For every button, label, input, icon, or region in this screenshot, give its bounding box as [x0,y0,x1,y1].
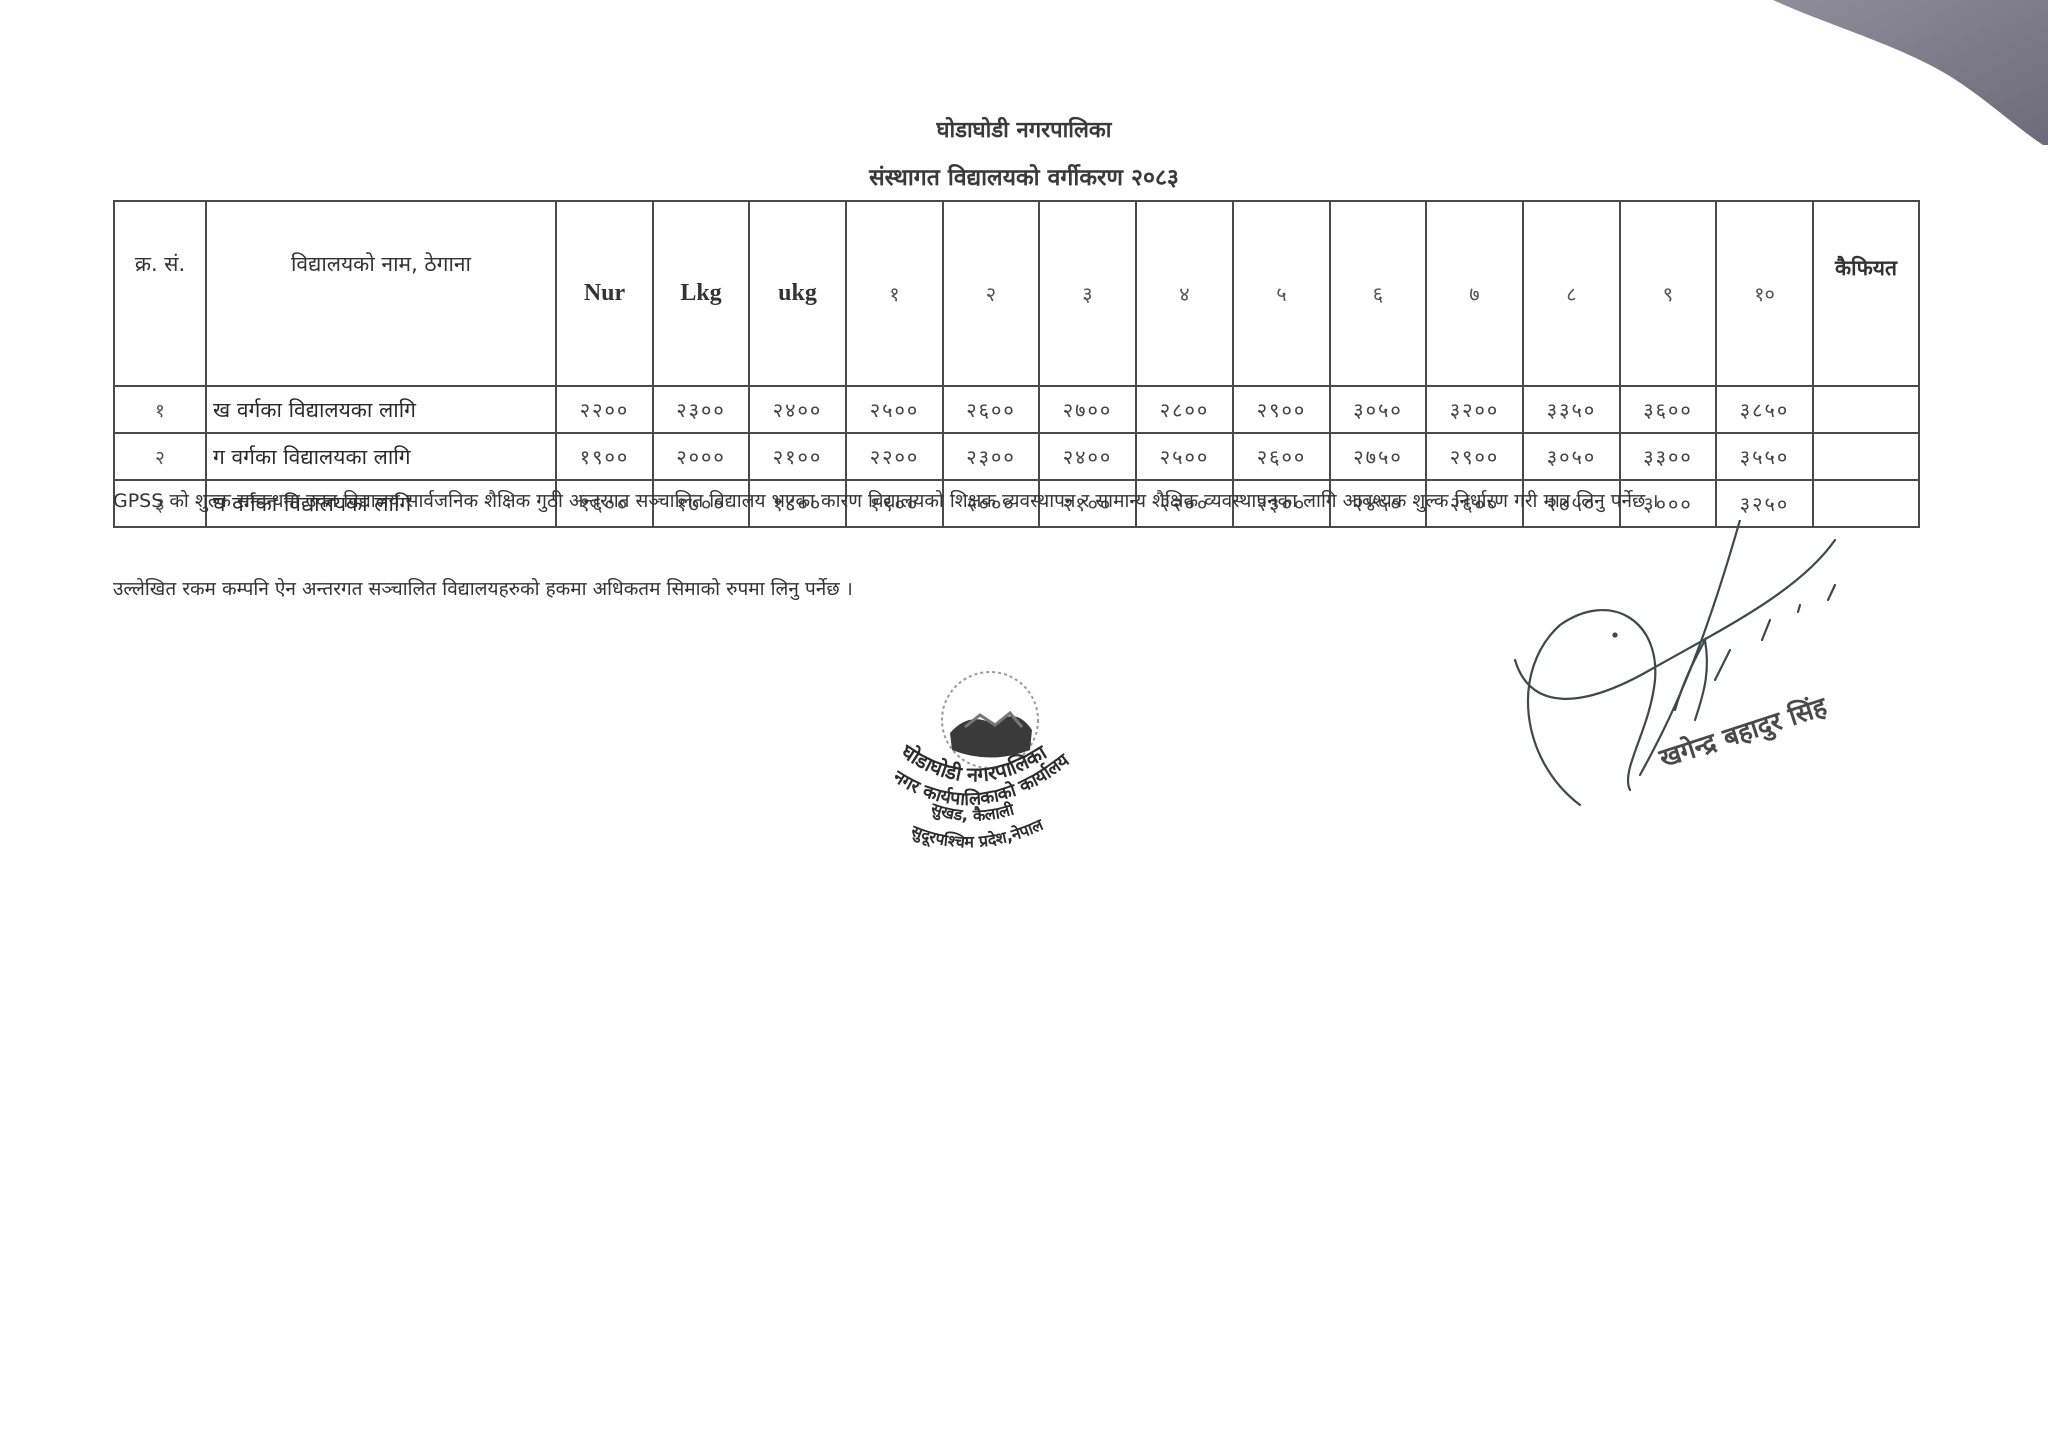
cell-fee-grade-9: ३३०० [1620,433,1716,480]
cell-fee-grade-8: ३३५० [1523,386,1620,433]
cell-fee-grade-4: २८०० [1136,386,1233,433]
cell-serial-number: २ [114,433,206,480]
cell-fee-grade-3: २४०० [1039,433,1136,480]
cell-school-category: ख वर्गका विद्यालयका लागि [206,386,556,433]
cell-fee-grade-2: २६०० [943,386,1039,433]
cell-fee-grade-5: २९०० [1233,386,1330,433]
header-grade-3: ३ [1039,201,1136,386]
cell-fee-nursery: १९०० [556,433,653,480]
header-remarks: कैफियत [1813,201,1919,386]
header-serial-number: क्र. सं. [114,201,206,386]
cell-serial-number: १ [114,386,206,433]
cell-fee-lkg: २००० [653,433,749,480]
cell-fee-grade-1: २५०० [846,386,943,433]
cell-fee-grade-7: ३२०० [1426,386,1523,433]
cell-fee-grade-10: ३८५० [1716,386,1813,433]
header-grade-4: ४ [1136,201,1233,386]
header-school-name: विद्यालयको नाम, ठेगाना [206,201,556,386]
document-title: घोडाघोडी नगरपालिका [0,114,2048,144]
cell-fee-grade-7: २९०० [1426,433,1523,480]
header-grade-9: ९ [1620,201,1716,386]
header-grade-10: १० [1716,201,1813,386]
header-grade-7: ७ [1426,201,1523,386]
cell-remarks [1813,386,1919,433]
note-maximum-limit: उल्लेखित रकम कम्पनि ऐन अन्तरगत सञ्चालित … [113,572,853,606]
cell-remarks [1813,433,1919,480]
cell-school-category: ग वर्गका विद्यालयका लागि [206,433,556,480]
header-lkg: Lkg [653,201,749,386]
header-grade-2: २ [943,201,1039,386]
header-grade-8: ८ [1523,201,1620,386]
cell-fee-grade-6: ३०५० [1330,386,1426,433]
cell-fee-grade-9: ३६०० [1620,386,1716,433]
cell-fee-grade-8: ३०५० [1523,433,1620,480]
document-subtitle: संस्थागत विद्यालयको वर्गीकरण २०८३ [0,160,2048,192]
table-row: २ग वर्गका विद्यालयका लागि१९००२०००२१००२२०… [114,433,1919,480]
fee-table: क्र. सं. विद्यालयको नाम, ठेगाना Nur Lkg … [113,200,1920,528]
cell-fee-grade-10: ३५५० [1716,433,1813,480]
header-grade-5: ५ [1233,201,1330,386]
cell-fee-grade-3: २७०० [1039,386,1136,433]
cell-fee-grade-5: २६०० [1233,433,1330,480]
note-gpss-fee: GPSS को शुल्क सम्वन्धमा उक्त विद्यालय सा… [113,484,1913,518]
header-grade-6: ६ [1330,201,1426,386]
table-row: १ख वर्गका विद्यालयका लागि२२००२३००२४००२५०… [114,386,1919,433]
cell-fee-grade-6: २७५० [1330,433,1426,480]
table-header-row: क्र. सं. विद्यालयको नाम, ठेगाना Nur Lkg … [114,201,1919,386]
cell-fee-grade-1: २२०० [846,433,943,480]
official-stamp: घोडाघोडी नगरपालिका नगर कार्यपालिकाको कार… [870,655,1110,875]
cell-fee-nursery: २२०० [556,386,653,433]
header-ukg: ukg [749,201,846,386]
cell-fee-grade-4: २५०० [1136,433,1233,480]
cell-fee-lkg: २३०० [653,386,749,433]
header-grade-1: १ [846,201,943,386]
cell-fee-ukg: २४०० [749,386,846,433]
header-nursery: Nur [556,201,653,386]
cell-fee-grade-2: २३०० [943,433,1039,480]
cell-fee-ukg: २१०० [749,433,846,480]
